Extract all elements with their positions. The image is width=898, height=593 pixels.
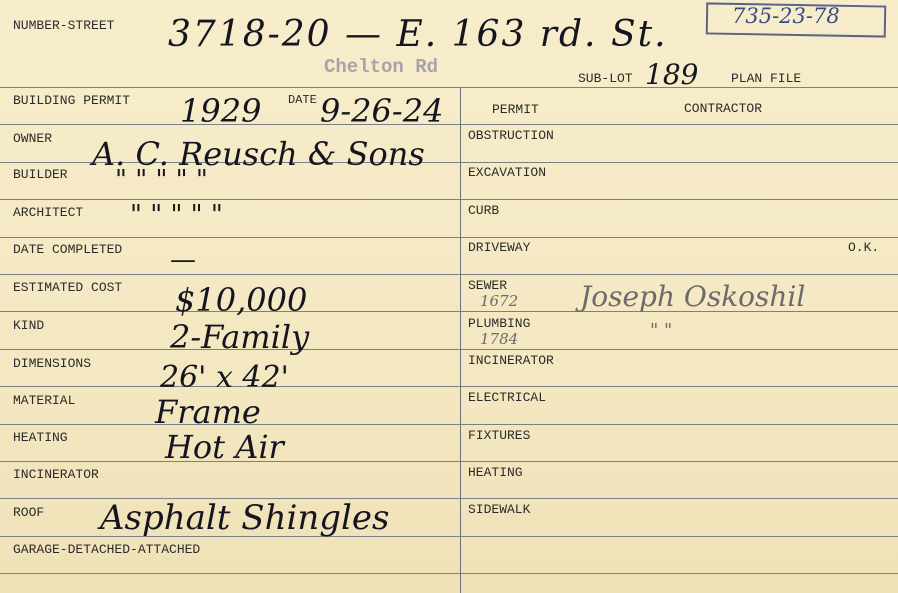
field-label-building-permit: BUILDING PERMIT: [13, 93, 130, 108]
field-label-incinerator: INCINERATOR: [13, 467, 99, 482]
contractor-column-header: CONTRACTOR: [684, 101, 762, 116]
field-value-material: Frame: [155, 393, 261, 431]
sub-lot-label: SUB-LOT: [578, 71, 633, 86]
field-value-estimated-cost: $10,000: [175, 281, 307, 319]
field-label-date-completed: DATE COMPLETED: [13, 242, 122, 257]
field-label-roof: ROOF: [13, 505, 44, 520]
permit-label-sidewalk: SIDEWALK: [468, 502, 530, 517]
field-value-architect: " " " " ": [130, 200, 223, 230]
field-value-heating: Hot Air: [165, 428, 284, 466]
permit-box-number: 735-23-78: [732, 4, 840, 28]
row-line: [0, 124, 898, 125]
building-permit-card: NUMBER-STREET 3718-20 — E. 163 rd. St. C…: [0, 0, 898, 593]
field-label-kind: KIND: [13, 318, 44, 333]
note-driveway: O.K.: [848, 240, 879, 255]
field-value-roof: Asphalt Shingles: [100, 498, 389, 538]
date-label: DATE: [288, 93, 317, 107]
row-line: [0, 461, 898, 462]
row-line: [0, 274, 898, 275]
permit-label-sewer: SEWER: [468, 278, 507, 293]
field-label-heating: HEATING: [13, 430, 68, 445]
permit-label-obstruction: OBSTRUCTION: [468, 128, 554, 143]
permit-label-curb: CURB: [468, 203, 499, 218]
permit-number-plumbing: 1784: [480, 330, 518, 348]
plan-file-label: PLAN FILE: [731, 71, 801, 86]
field-value-builder: " " " " ": [115, 165, 208, 195]
row-line: [0, 349, 898, 350]
row-line: [0, 237, 898, 238]
date-value: 9-26-24: [320, 92, 443, 130]
permit-label-driveway: DRIVEWAY: [468, 240, 530, 255]
field-value-dimensions: 26' x 42': [160, 360, 289, 395]
field-label-builder: BUILDER: [13, 167, 68, 182]
permit-number-sewer: 1672: [480, 292, 518, 310]
number-street-label: NUMBER-STREET: [13, 18, 114, 33]
row-line: [0, 424, 898, 425]
permit-label-fixtures: FIXTURES: [468, 428, 530, 443]
contractor-sewer: Joseph Oskoshil: [580, 280, 805, 313]
permit-column-header: PERMIT: [492, 102, 539, 117]
permit-label-electrical: ELECTRICAL: [468, 390, 546, 405]
permit-label-plumbing: PLUMBING: [468, 316, 530, 331]
permit-label-incinerator: INCINERATOR: [468, 353, 554, 368]
field-label-owner: OWNER: [13, 131, 52, 146]
address-handwritten: 3718-20 — E. 163 rd. St.: [168, 14, 668, 55]
contractor-plumbing: " ": [650, 320, 672, 341]
field-label-architect: ARCHITECT: [13, 205, 83, 220]
row-line: [0, 386, 898, 387]
row-line: [0, 573, 898, 574]
permit-label-heating: HEATING: [468, 465, 523, 480]
field-value-kind: 2-Family: [170, 318, 309, 356]
field-label-estimated-cost: ESTIMATED COST: [13, 280, 122, 295]
permit-label-excavation: EXCAVATION: [468, 165, 546, 180]
field-value-building-permit: 1929: [180, 92, 261, 130]
stamped-street: Chelton Rd: [324, 56, 438, 78]
field-label-garage-detached-attached: GARAGE-DETACHED-ATTACHED: [13, 542, 200, 557]
field-label-dimensions: DIMENSIONS: [13, 356, 91, 371]
field-label-material: MATERIAL: [13, 393, 75, 408]
divider: [0, 87, 898, 88]
field-value-date-completed: —: [170, 245, 196, 275]
